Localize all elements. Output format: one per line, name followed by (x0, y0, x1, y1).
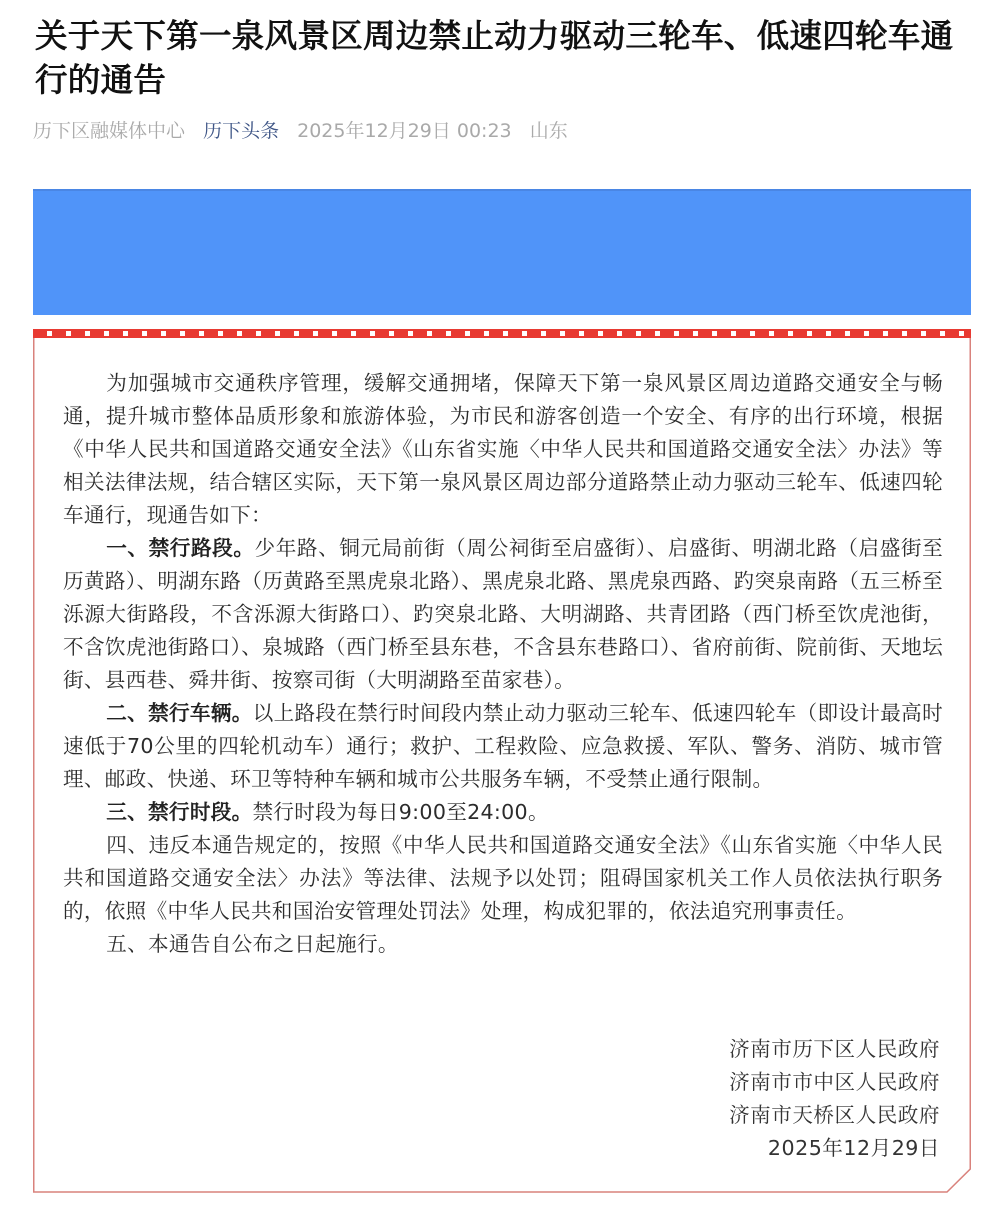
paragraph-heading: 一、禁行路段。 (106, 536, 254, 560)
notice-body: 为加强城市交通秩序管理，缓解交通拥堵，保障天下第一泉风景区周边道路交通安全与畅通… (63, 367, 943, 961)
paragraph-intro: 为加强城市交通秩序管理，缓解交通拥堵，保障天下第一泉风景区周边道路交通安全与畅通… (63, 367, 943, 532)
paragraph-section-2: 二、禁行车辆。以上路段在禁行时间段内禁止动力驱动三轮车、低速四轮车（即设计最高时… (63, 697, 943, 796)
signatory-tianqiao: 济南市天桥区人民政府 (729, 1099, 940, 1132)
publisher-name: 历下区融媒体中心 (33, 120, 185, 142)
notice-date: 2025年12月29日 (729, 1132, 940, 1165)
paragraph-text: 为加强城市交通秩序管理，缓解交通拥堵，保障天下第一泉风景区周边道路交通安全与畅通… (63, 371, 943, 527)
paragraph-section-4: 四、违反本通告规定的，按照《中华人民共和国道路交通安全法》《山东省实施〈中华人民… (63, 829, 943, 928)
paragraph-text: 禁行时段为每日9:00至24:00。 (253, 800, 549, 824)
paragraph-section-5: 五、本通告自公布之日起施行。 (63, 928, 943, 961)
paragraph-section-3: 三、禁行时段。禁行时段为每日9:00至24:00。 (63, 796, 943, 829)
notice-frame: 为加强城市交通秩序管理，缓解交通拥堵，保障天下第一泉风景区周边道路交通安全与畅通… (33, 329, 971, 1193)
striped-top-border-edge (33, 329, 971, 338)
paragraph-text: 五、本通告自公布之日起施行。 (106, 932, 399, 956)
signature-block: 济南市历下区人民政府 济南市市中区人民政府 济南市天桥区人民政府 2025年12… (729, 1033, 940, 1165)
header-banner-image (33, 189, 971, 315)
signatory-lixia: 济南市历下区人民政府 (729, 1033, 940, 1066)
paragraph-text: 四、违反本通告规定的，按照《中华人民共和国道路交通安全法》《山东省实施〈中华人民… (63, 833, 943, 923)
paragraph-heading: 三、禁行时段。 (106, 800, 252, 824)
paragraph-section-1: 一、禁行路段。少年路、铜元局前街（周公祠街至启盛街）、启盛街、明湖北路（启盛街至… (63, 532, 943, 697)
paragraph-heading: 二、禁行车辆。 (106, 701, 252, 725)
source-link[interactable]: 历下头条 (203, 120, 279, 142)
publish-location: 山东 (530, 120, 568, 142)
article-meta: 历下区融媒体中心 历下头条 2025年12月29日 00:23 山东 (33, 118, 580, 144)
article-title: 关于天下第一泉风景区周边禁止动力驱动三轮车、低速四轮车通行的通告 (35, 14, 980, 102)
signatory-shizhong: 济南市市中区人民政府 (729, 1066, 940, 1099)
publish-datetime: 2025年12月29日 00:23 (297, 120, 512, 142)
